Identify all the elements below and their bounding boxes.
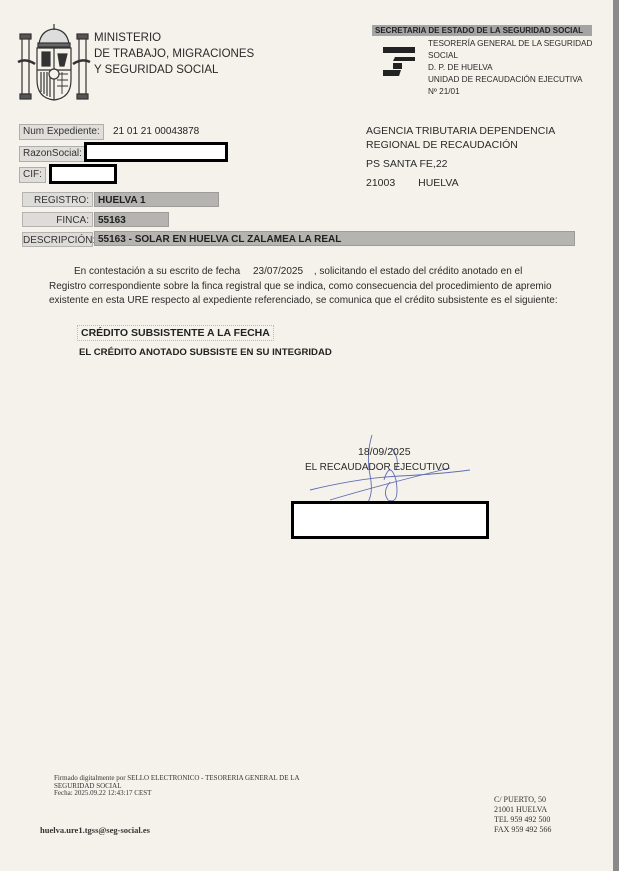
razon-social-label: RazonSocial: xyxy=(19,146,86,162)
contact-email: huelva.ure1.tgss@seg-social.es xyxy=(40,825,150,835)
address-line: C/ PUERTO, 50 xyxy=(494,795,551,805)
digital-signature-stamp: Firmado digitalmente por SELLO ELECTRONI… xyxy=(54,775,300,798)
secretaria-banner: SECRETARIA DE ESTADO DE LA SEGURIDAD SOC… xyxy=(372,25,592,36)
address-line: 21001 HUELVA xyxy=(494,805,551,815)
address-line: FAX 959 492 566 xyxy=(494,825,551,835)
num-expediente-value: 21 01 21 00043878 xyxy=(113,125,199,139)
signature-date: 18/09/2025 xyxy=(358,446,411,458)
ministry-line: DE TRABAJO, MIGRACIONES xyxy=(94,46,254,62)
recipient-street: PS SANTA FE,22 xyxy=(366,157,555,171)
registro-value: HUELVA 1 xyxy=(94,192,219,207)
request-date: 23/07/2025 xyxy=(253,266,303,277)
recipient-city: HUELVA xyxy=(418,177,458,189)
recipient-line: AGENCIA TRIBUTARIA DEPENDENCIA xyxy=(366,124,555,138)
credit-title: CRÉDITO SUBSISTENTE A LA FECHA xyxy=(77,325,274,341)
signatory-name-redacted xyxy=(291,501,489,539)
signatory-role: EL RECAUDADOR EJECUTIVO xyxy=(305,462,450,473)
cif-label: CIF: xyxy=(19,167,46,183)
razon-social-redacted xyxy=(84,142,228,162)
body-paragraph: En contestación a su escrito de fecha 23… xyxy=(49,265,589,309)
credit-status: EL CRÉDITO ANOTADO SUBSISTE EN SU INTEGR… xyxy=(79,347,332,358)
finca-label: FINCA: xyxy=(22,212,93,227)
recipient-line: REGIONAL DE RECAUDACIÓN xyxy=(366,138,555,152)
document-page: MINISTERIO DE TRABAJO, MIGRACIONES Y SEG… xyxy=(0,0,614,871)
recipient-postcode: 21003 xyxy=(366,177,395,189)
body-line: existente en esta URE respecto al expedi… xyxy=(49,294,589,309)
digital-signature-line: Fecha: 2025.09.22 12:43:17 CEST xyxy=(54,790,300,798)
num-expediente-label: Num Expediente: xyxy=(19,124,104,140)
descripcion-label: DESCRIPCIÓN: xyxy=(22,232,93,247)
ministry-name: MINISTERIO DE TRABAJO, MIGRACIONES Y SEG… xyxy=(94,30,254,78)
tgss-line: UNIDAD DE RECAUDACIÓN EJECUTIVA xyxy=(428,74,598,86)
intro-rest: , solicitando el estado del crédito anot… xyxy=(314,266,522,277)
ministry-line: MINISTERIO xyxy=(94,30,254,46)
recipient-address: AGENCIA TRIBUTARIA DEPENDENCIA REGIONAL … xyxy=(366,124,555,190)
address-line: TEL 959 492 500 xyxy=(494,815,551,825)
body-line: Registro correspondiente sobre la finca … xyxy=(49,280,589,295)
page-edge xyxy=(613,0,619,871)
tgss-unit: TESORERÍA GENERAL DE LA SEGURIDAD SOCIAL… xyxy=(428,38,598,98)
tgss-line: TESORERÍA GENERAL DE LA SEGURIDAD xyxy=(428,38,598,50)
finca-value: 55163 xyxy=(94,212,169,227)
intro-prefix: En contestación a su escrito de fecha xyxy=(74,266,240,277)
tgss-line: D. P. DE HUELVA xyxy=(428,62,598,74)
spain-coat-of-arms-icon xyxy=(17,24,91,102)
office-address: C/ PUERTO, 50 21001 HUELVA TEL 959 492 5… xyxy=(494,795,551,835)
tgss-line: Nº 21/01 xyxy=(428,86,598,98)
descripcion-value: 55163 - SOLAR EN HUELVA CL ZALAMEA LA RE… xyxy=(94,231,575,246)
cif-redacted xyxy=(49,164,117,184)
tgss-line: SOCIAL xyxy=(428,50,598,62)
tgss-logo-icon xyxy=(383,46,417,76)
ministry-line: Y SEGURIDAD SOCIAL xyxy=(94,62,254,78)
registro-label: REGISTRO: xyxy=(22,192,93,207)
